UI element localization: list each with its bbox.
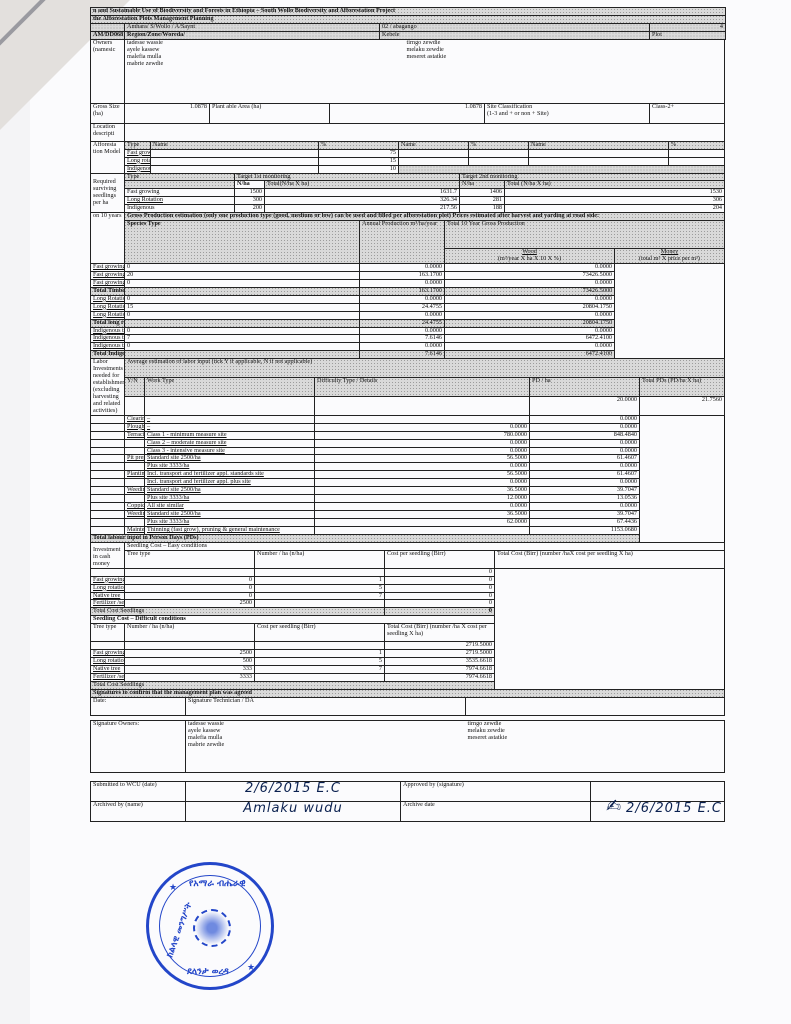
production-row: Indigenous trees (medium)77.61466472.410… (91, 335, 725, 343)
production-row: Fast growing (good)00.00000.0000 (91, 264, 725, 272)
production-total-row: Total Timber production after 10 years16… (91, 287, 725, 295)
labor-row: Weeding year 1Standard site 2500/ha36.50… (91, 487, 725, 495)
seedling-cost-row: Native tree070 (91, 592, 725, 600)
owners-label: Owners(namesic (91, 39, 125, 103)
archive-date-label: Archive date (401, 801, 591, 821)
labor-row: Ploughing–0.00000.0000 (91, 423, 725, 431)
production-row: Long Rotation (low)00.00000.0000 (91, 311, 725, 319)
seedling-cost-table: Investment in cash money Seedling Cost –… (90, 542, 725, 690)
gross-production-table: on 10 years Gross Production estimation … (90, 212, 725, 359)
labor-row: Incl. transport and fertilizer appl. plu… (91, 479, 725, 487)
approval-signature-scribble: ✍ (606, 796, 621, 817)
technician-signature-label: Signature Technician / DA (186, 697, 466, 715)
location-label: Location descripti (91, 123, 125, 141)
site-classification-value: Class-2+ (650, 103, 725, 123)
archived-by-label: Archived by (name) (91, 801, 186, 821)
labor-row: PlantingIncl. transport and fertilizer a… (91, 471, 725, 479)
site-classification-label: Site Classification(1-3 and + or non + S… (485, 103, 650, 123)
labor-input-table: Labor Investments needed for establishme… (90, 358, 725, 543)
seedling-cost-row: Native tree33377974.6618 (91, 666, 725, 674)
owner-signatures-table: Signature Owners: tadesse wassieayele ka… (90, 720, 725, 773)
submission-table: Submitted to WCU (date) 2/6/2015 E.C App… (90, 781, 725, 822)
labor-row: Coppice managementAll site similar0.0000… (91, 503, 725, 511)
seedling-cost-row: Fast growing010 (91, 576, 725, 584)
date-label: Date: (91, 697, 186, 715)
labor-row: Plus site 3333/ha12.000013.0536 (91, 495, 725, 503)
production-title: Gross Production estimation (only one pr… (125, 213, 725, 221)
stamp-star-icon: ★ (169, 883, 177, 893)
investment-side-label: Investment in cash money (91, 542, 125, 568)
labor-title: Average estimation of labor input (tick … (125, 359, 725, 378)
production-row: Fast growing (low)00.00000.0000 (91, 279, 725, 287)
labor-row: Plus site 3333/ha0.00000.0000 (91, 463, 725, 471)
production-row: Indigenous trees (low)00.00000.0000 (91, 343, 725, 351)
labor-row: Pit preparationStandard site 2500/ha56.5… (91, 455, 725, 463)
seedling-cost-row: Fertilizer /seedling25000 (91, 600, 725, 608)
production-row: Fast growing (medium)20163.170073426.500… (91, 271, 725, 279)
seedling-row: Long Rotation300326.34281306 (91, 197, 725, 205)
project-title: n and Sustainable Use of Biodiversity an… (91, 8, 726, 16)
production-row: Long Rotation (good)00.00000.0000 (91, 295, 725, 303)
labor-row: Terracing, Water harvestingClass 1 - min… (91, 431, 725, 439)
plantable-area-label: Plant able Area (ha) (210, 103, 330, 123)
easy-cost-title: Seedling Cost – Easy conditions (125, 542, 725, 550)
form-subtitle: the Afforestation Plots Management Plann… (91, 15, 726, 23)
plantable-area-value: 1.0878 (330, 103, 485, 123)
seedling-cost-row: Long rotation50053535.6618 (91, 658, 725, 666)
stamp-bottom-text: ደላንታ ወረዳ (187, 967, 229, 977)
submitted-date: 2/6/2015 E.C (186, 781, 401, 801)
labor-side-label: Labor Investments needed for establishme… (91, 359, 125, 416)
seedling-cost-row: Long rotation050 (91, 584, 725, 592)
signatures-table: Signatures to confirm that the managemen… (90, 689, 725, 716)
production-row: Long Rotation (medium)1524.475520804.175… (91, 303, 725, 311)
plot-number: 4 (650, 23, 726, 31)
stamp-top-text: የአማራ ብሔራዊ (189, 879, 246, 889)
approved-label: Approved by (signature) (401, 781, 591, 801)
model-row: Long rotate15 (91, 157, 725, 165)
labor-row: Plus site 3333/ha62.000067.4436 (91, 518, 725, 526)
owners-list-right: tirngo zewdiemelaku zewdiemeseret astatk… (405, 39, 725, 103)
signatures-title: Signatures to confirm that the managemen… (91, 689, 725, 697)
seedling-cost-row: Fertilizer /seedling33337974.6618 (91, 674, 725, 682)
kebele-value: 02 / abagango (380, 23, 650, 31)
seedling-cost-row: Fast growing250012719.5000 (91, 650, 725, 658)
stamp-star-icon: ★ (247, 963, 255, 973)
afforestation-model-table: Afforesta tion Model Type Name % Name % … (90, 141, 725, 174)
stamp-emblem-icon (193, 909, 231, 947)
archived-by-name: Amlaku wudu (186, 801, 401, 821)
owners-table: Owners(namesic tadesse wassieayele kasse… (90, 39, 725, 104)
location-value (125, 123, 725, 141)
seedlings-label: Required surviving seedlings per ha (91, 173, 125, 213)
labor-row: MaintenanceThinning (fast grow), pruning… (91, 526, 725, 534)
surviving-seedlings-table: Required surviving seedlings per ha Type… (90, 173, 725, 214)
labor-row: Class 3 - intensive measure site0.00000.… (91, 447, 725, 455)
model-row: Fast grow75 (91, 149, 725, 157)
signature-owners-label: Signature Owners: (91, 720, 186, 772)
management-plan-form: n and Sustainable Use of Biodiversity an… (90, 8, 725, 822)
labor-row: Clearing–0.0000 (91, 415, 725, 423)
seedling-row: Fast growing15001631.714061530 (91, 189, 725, 197)
production-row: Indigenous trees (good)00.00000.0000 (91, 327, 725, 335)
header-table: n and Sustainable Use of Biodiversity an… (90, 7, 726, 40)
official-stamp: የአማራ ብሔራዊ ክልላዊ መንግሥት ደላንታ ወረዳ ★ ★ (146, 862, 274, 990)
plot-id-code: AM/DD068 (91, 31, 125, 39)
gross-size-label: Gross Size (ha) (91, 103, 125, 123)
submitted-label: Submitted to WCU (date) (91, 781, 186, 801)
owners-list-left: tadesse wassieayele kassewmalefia mullam… (125, 39, 405, 103)
production-side-label: on 10 years (91, 213, 125, 264)
difficult-cost-title: Seedling Cost – Difficult conditions (91, 616, 495, 624)
afforestation-model-label: Afforesta tion Model (91, 141, 125, 173)
production-total-row: Total long rotate wood stocks 10 years24… (91, 319, 725, 327)
region-value: Amhara/ S/Wollo / A/Saynt (125, 23, 380, 31)
labor-row: Class 2 – moderate measure site0.00000.0… (91, 439, 725, 447)
labor-row: Weeding year 2-5Standard site 2500/ha36.… (91, 511, 725, 519)
gross-size-value: 1.0878 (125, 103, 210, 123)
site-table: Gross Size (ha) 1.0878 Plant able Area (… (90, 103, 725, 142)
